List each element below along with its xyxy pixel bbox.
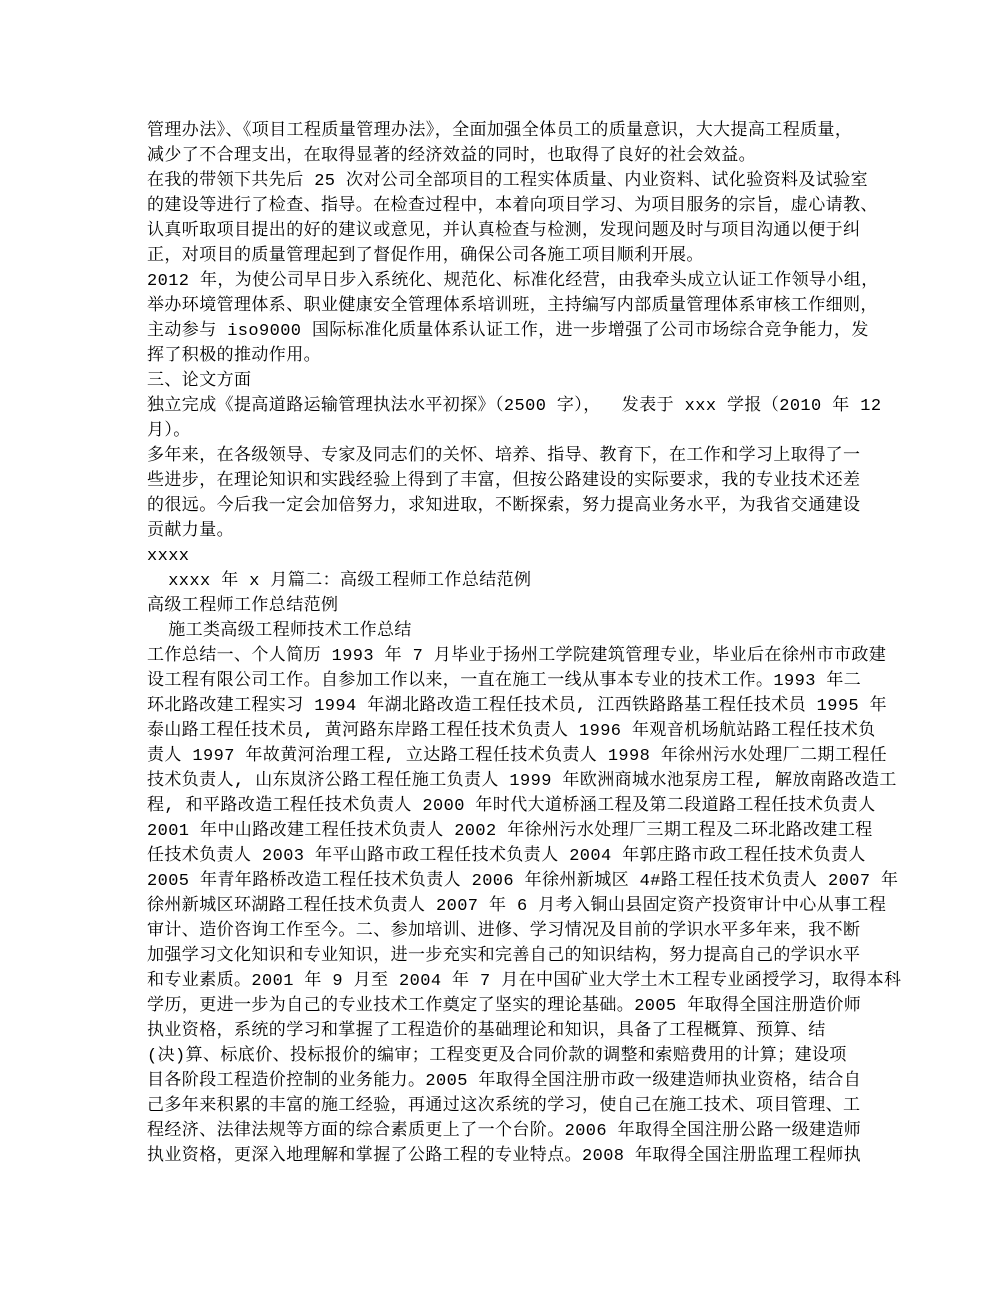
text-line: 主动参与 iso9000 国际标准化质量体系认证工作，进一步增强了公司市场综合竞… — [147, 319, 863, 344]
text-line: 施工类高级工程师技术工作总结 — [147, 619, 863, 644]
text-line: 正，对项目的质量管理起到了督促作用，确保公司各施工项目顺利开展。 — [147, 244, 863, 269]
text-line: 任技术负责人 2003 年平山路市政工程任技术负责人 2004 年郭庄路市政工程… — [147, 844, 863, 869]
text-line: 环北路改建工程实习 1994 年湖北路改造工程任技术员, 江西铁路路基工程任技术… — [147, 694, 863, 719]
text-line: 三、论文方面 — [147, 369, 863, 394]
text-line: 多年来，在各级领导、专家及同志们的关怀、培养、指导、教育下，在工作和学习上取得了… — [147, 444, 863, 469]
text-line: 工作总结一、个人简历 1993 年 7 月毕业于扬州工学院建筑管理专业，毕业后在… — [147, 644, 863, 669]
text-line: xxxx 年 x 月篇二：高级工程师工作总结范例 — [147, 569, 863, 594]
text-line: 的建设等进行了检查、指导。在检查过程中，本着向项目学习、为项目服务的宗旨，虚心请… — [147, 194, 863, 219]
text-line: 设工程有限公司工作。自参加工作以来，一直在施工一线从事本专业的技术工作。1993… — [147, 669, 863, 694]
text-line: 执业资格，更深入地理解和掌握了公路工程的专业特点。2008 年取得全国注册监理工… — [147, 1144, 863, 1169]
text-line: 学历，更进一步为自己的专业技术工作奠定了坚实的理论基础。2005 年取得全国注册… — [147, 994, 863, 1019]
document-text-block: 管理办法》、《项目工程质量管理办法》，全面加强全体员工的质量意识，大大提高工程质… — [147, 119, 863, 1169]
text-line: 在我的带领下共先后 25 次对公司全部项目的工程实体质量、内业资料、试化验资料及… — [147, 169, 863, 194]
text-line: 己多年来积累的丰富的施工经验，再通过这次系统的学习，使自己在施工技术、项目管理、… — [147, 1094, 863, 1119]
document-page: 管理办法》、《项目工程质量管理办法》，全面加强全体员工的质量意识，大大提高工程质… — [0, 0, 1000, 1295]
text-line: 和专业素质。2001 年 9 月至 2004 年 7 月在中国矿业大学土木工程专… — [147, 969, 863, 994]
text-line: (决)算、标底价、投标报价的编审；工程变更及合同价款的调整和索赔费用的计算；建设… — [147, 1044, 863, 1069]
text-line: 认真听取项目提出的好的建议或意见，并认真检查与检测，发现问题及时与项目沟通以便于… — [147, 219, 863, 244]
text-line: 程经济、法律法规等方面的综合素质更上了一个台阶。2006 年取得全国注册公路一级… — [147, 1119, 863, 1144]
text-line: 2001 年中山路改建工程任技术负责人 2002 年徐州污水处理厂三期工程及二环… — [147, 819, 863, 844]
text-line: 审计、造价咨询工作至今。二、参加培训、进修、学习情况及目前的学识水平多年来，我不… — [147, 919, 863, 944]
text-line: 执业资格，系统的学习和掌握了工程造价的基础理论和知识，具备了工程概算、预算、结 — [147, 1019, 863, 1044]
text-line: 挥了积极的推动作用。 — [147, 344, 863, 369]
text-line: 贡献力量。 — [147, 519, 863, 544]
text-line: 高级工程师工作总结范例 — [147, 594, 863, 619]
text-line: 的很远。今后我一定会加倍努力，求知进取，不断探索，努力提高业务水平，为我省交通建… — [147, 494, 863, 519]
text-line: 减少了不合理支出，在取得显著的经济效益的同时，也取得了良好的社会效益。 — [147, 144, 863, 169]
text-line: 加强学习文化知识和专业知识，进一步充实和完善自己的知识结构，努力提高自己的学识水… — [147, 944, 863, 969]
text-line: 泰山路工程任技术员, 黄河路东岸路工程任技术负责人 1996 年观音机场航站路工… — [147, 719, 863, 744]
text-line: 技术负责人, 山东岚济公路工程任施工负责人 1999 年欧洲商城水池泵房工程, … — [147, 769, 863, 794]
text-line: 管理办法》、《项目工程质量管理办法》，全面加强全体员工的质量意识，大大提高工程质… — [147, 119, 863, 144]
text-line: 独立完成《提高道路运输管理执法水平初探》（2500 字）， 发表于 xxx 学报… — [147, 394, 863, 419]
text-line: 举办环境管理体系、职业健康安全管理体系培训班，主持编写内部质量管理体系审核工作细… — [147, 294, 863, 319]
text-line: xxxx — [147, 544, 863, 569]
text-line: 2012 年，为使公司早日步入系统化、规范化、标准化经营，由我牵头成立认证工作领… — [147, 269, 863, 294]
text-line: 月）。 — [147, 419, 863, 444]
text-line: 些进步，在理论知识和实践经验上得到了丰富，但按公路建设的实际要求，我的专业技术还… — [147, 469, 863, 494]
text-line: 程, 和平路改造工程任技术负责人 2000 年时代大道桥涵工程及第二段道路工程任… — [147, 794, 863, 819]
text-line: 2005 年青年路桥改造工程任技术负责人 2006 年徐州新城区 4#路工程任技… — [147, 869, 863, 894]
text-line: 责人 1997 年故黄河治理工程, 立达路工程任技术负责人 1998 年徐州污水… — [147, 744, 863, 769]
text-line: 目各阶段工程造价控制的业务能力。2005 年取得全国注册市政一级建造师执业资格，… — [147, 1069, 863, 1094]
text-line: 徐州新城区环湖路工程任技术负责人 2007 年 6 月考入铜山县固定资产投资审计… — [147, 894, 863, 919]
